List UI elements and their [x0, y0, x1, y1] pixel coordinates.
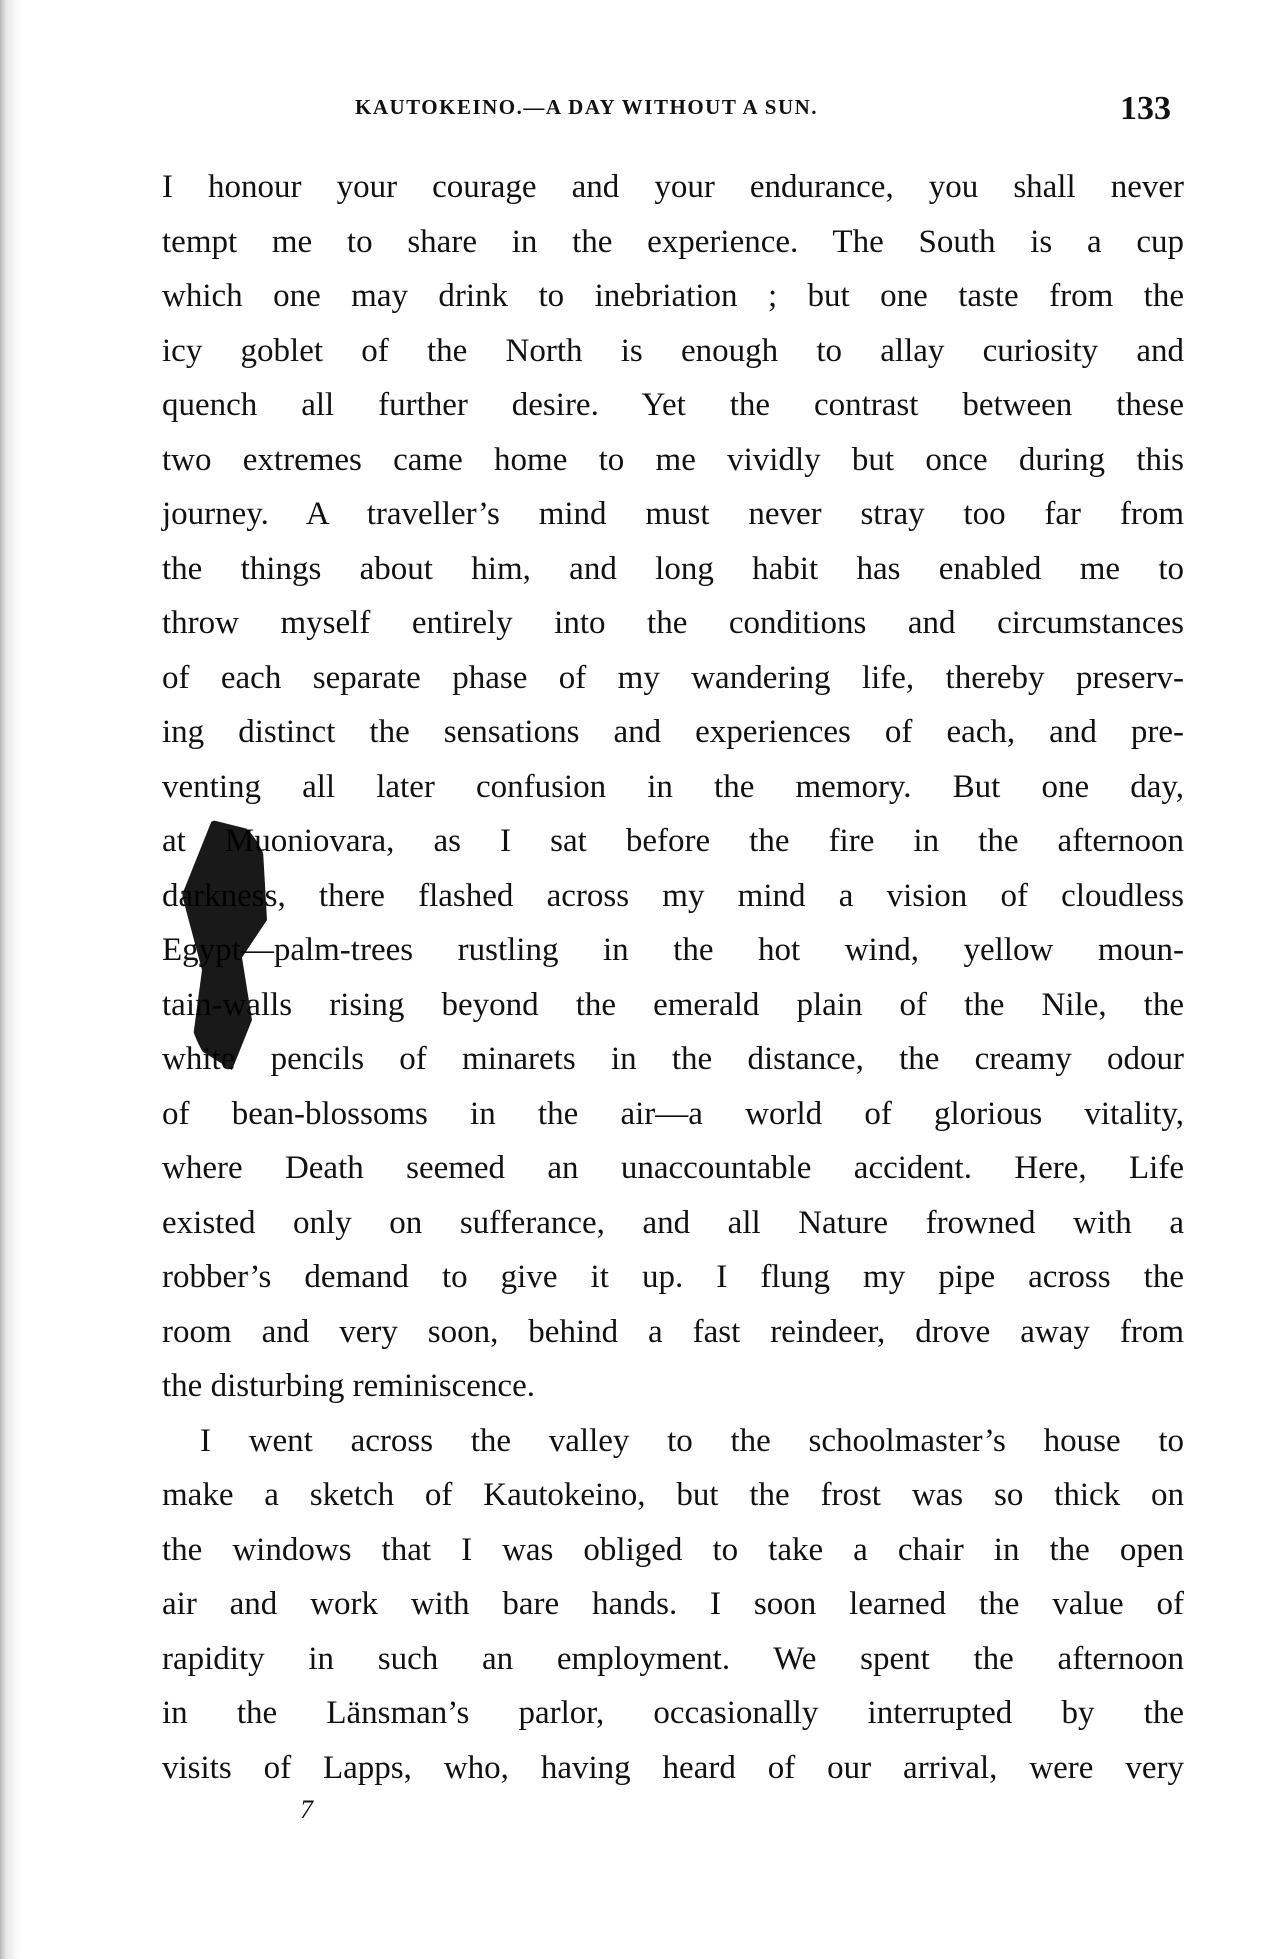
- text-line: robber’s demand to give it up. I flung m…: [162, 1250, 1184, 1305]
- page-number: 133: [1120, 90, 1171, 128]
- signature-mark: 7: [300, 1795, 313, 1825]
- text-line: at Muoniovara, as I sat before the fire …: [162, 814, 1184, 869]
- text-line: I went across the valley to the schoolma…: [162, 1414, 1184, 1469]
- text-line: white pencils of minarets in the distanc…: [162, 1032, 1184, 1087]
- running-title: KAUTOKEINO.—A DAY WITHOUT A SUN.: [355, 95, 818, 120]
- scan-edge-shadow: [0, 0, 28, 1959]
- text-line: of each separate phase of my wandering l…: [162, 651, 1184, 706]
- book-page: KAUTOKEINO.—A DAY WITHOUT A SUN. 133 I h…: [0, 0, 1270, 1959]
- text-line: tempt me to share in the experience. The…: [162, 215, 1184, 270]
- text-line: visits of Lapps, who, having heard of ou…: [162, 1741, 1184, 1796]
- text-line: venting all later confusion in the memor…: [162, 760, 1184, 815]
- text-line: of bean-blossoms in the air—a world of g…: [162, 1087, 1184, 1142]
- text-line: journey. A traveller’s mind must never s…: [162, 487, 1184, 542]
- text-line: which one may drink to inebriation ; but…: [162, 269, 1184, 324]
- text-line: quench all further desire. Yet the contr…: [162, 378, 1184, 433]
- text-line: tain-walls rising beyond the emerald pla…: [162, 978, 1184, 1033]
- text-line: rapidity in such an employment. We spent…: [162, 1632, 1184, 1687]
- text-line: existed only on sufferance, and all Natu…: [162, 1196, 1184, 1251]
- text-line: the windows that I was obliged to take a…: [162, 1523, 1184, 1578]
- text-line: ing distinct the sensations and experien…: [162, 705, 1184, 760]
- text-line: throw myself entirely into the condition…: [162, 596, 1184, 651]
- text-line: I honour your courage and your endurance…: [162, 160, 1184, 215]
- text-line: the disturbing reminiscence.: [162, 1359, 1184, 1414]
- text-line: icy goblet of the North is enough to all…: [162, 324, 1184, 379]
- text-line: two extremes came home to me vividly but…: [162, 433, 1184, 488]
- text-line: Egypt—palm-trees rustling in the hot win…: [162, 923, 1184, 978]
- text-line: air and work with bare hands. I soon lea…: [162, 1577, 1184, 1632]
- body-text: I honour your courage and your endurance…: [162, 160, 1184, 1795]
- text-line: the things about him, and long habit has…: [162, 542, 1184, 597]
- text-line: in the Länsman’s parlor, occasionally in…: [162, 1686, 1184, 1741]
- text-line: room and very soon, behind a fast reinde…: [162, 1305, 1184, 1360]
- text-line: make a sketch of Kautokeino, but the fro…: [162, 1468, 1184, 1523]
- text-line: darkness, there flashed across my mind a…: [162, 869, 1184, 924]
- text-line: where Death seemed an unaccountable acci…: [162, 1141, 1184, 1196]
